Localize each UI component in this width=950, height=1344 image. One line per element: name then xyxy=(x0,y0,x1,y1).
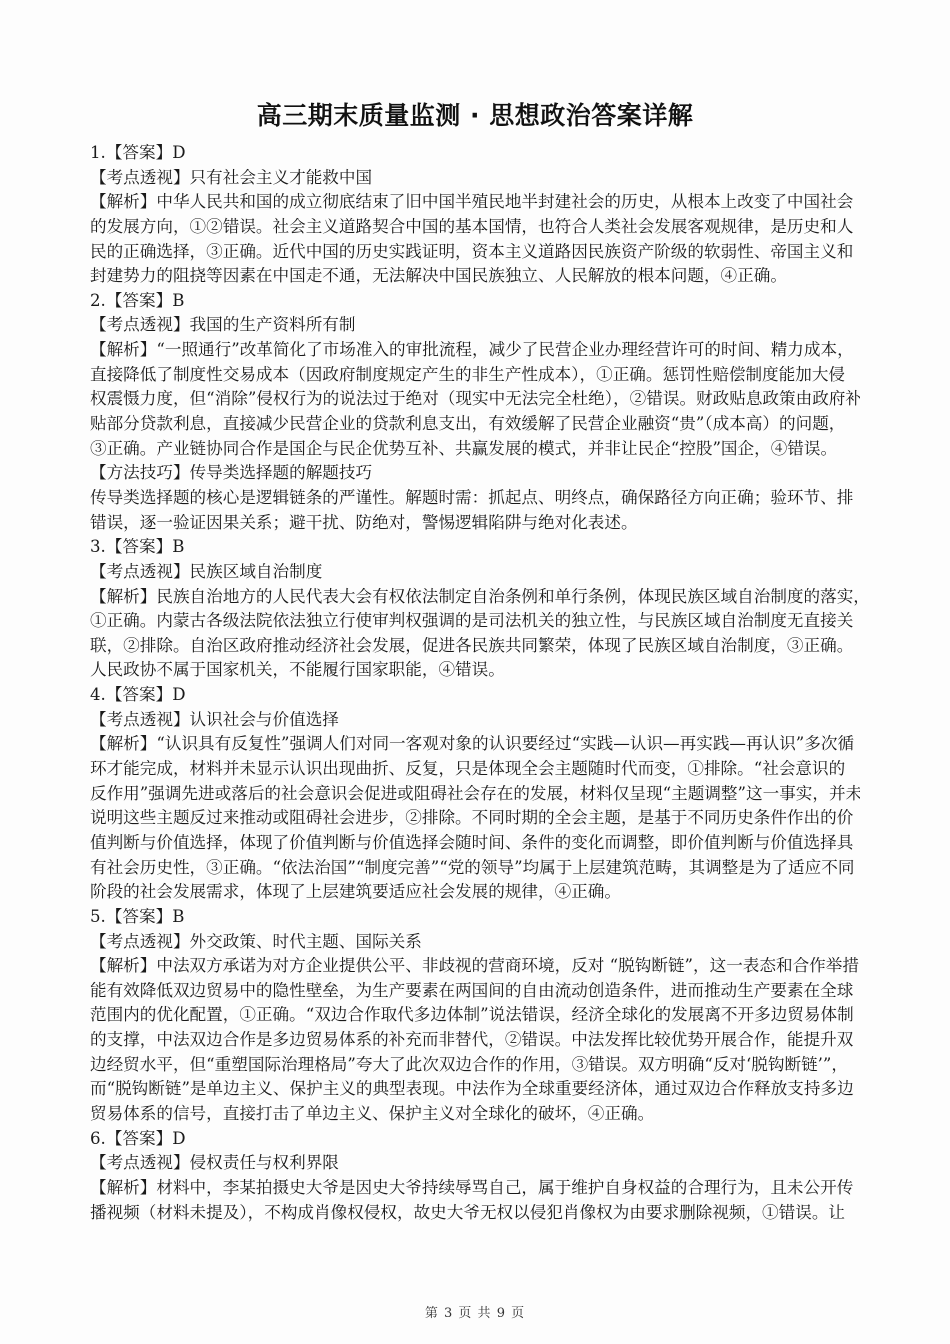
q4-analysis-line: 值判断与价值选择，体现了价值判断与价值选择会随时间、条件的变化而调整，即价值判断… xyxy=(90,831,860,856)
q1-analysis-line: 封建势力的阻挠等因素在中国走不通，无法解决中国民族独立、人民解放的根本问题，④正… xyxy=(90,264,860,289)
q5-analysis-line: 能有效降低双边贸易中的隐性壁垒，为生产要素在两国间的自由流动创造条件，进而推动生… xyxy=(90,979,860,1004)
q2-method-title: 【方法技巧】传导类选择题的解题技巧 xyxy=(90,461,860,486)
page-footer: 第 3 页 共 9 页 xyxy=(0,1302,950,1321)
q5-analysis-line: 边经贸水平，但“重塑国际治理格局”夸大了此次双边合作的作用，③错误。双方明确“反… xyxy=(90,1053,860,1078)
q6-analysis-line: 播视频（材料未提及），不构成肖像权侵权，故史大爷无权以侵犯肖像权为由要求删除视频… xyxy=(90,1201,860,1226)
q2-analysis-line: 贴部分贷款利息，直接减少民营企业的贷款利息支出，有效缓解了民营企业融资“贵”（成… xyxy=(90,412,860,437)
q6-analysis-line: 【解析】材料中，李某拍摄史大爷是因史大爷持续辱骂自己，属于维护自身权益的合理行为… xyxy=(90,1176,860,1201)
q5-analysis-line: 范围内的优化配置，①正确。“双边合作取代多边体制”说法错误，经济全球化的发展离不… xyxy=(90,1003,860,1028)
q2-method-line: 错误，逐一验证因果关系；避干扰、防绝对，警惕逻辑陷阱与绝对化表述。 xyxy=(90,511,860,536)
q2-analysis-line: 【解析】“一照通行”改革简化了市场准入的审批流程，减少了民营企业办理经营许可的时… xyxy=(90,338,860,363)
q3-topic: 【考点透视】民族区域自治制度 xyxy=(90,560,860,585)
q4-topic: 【考点透视】认识社会与价值选择 xyxy=(90,708,860,733)
q3-analysis-line: ①正确。内蒙古各级法院依法独立行使审判权强调的是司法机关的独立性，与民族区域自治… xyxy=(90,609,860,634)
q5-answer: 5.【答案】B xyxy=(90,905,860,930)
q2-analysis-line: 权震慑力度，但“消除”侵权行为的说法过于绝对（现实中无法完全杜绝），②错误。财政… xyxy=(90,387,860,412)
page-title: 高三期末质量监测 · 思想政治答案详解 xyxy=(0,96,950,132)
q3-answer: 3.【答案】B xyxy=(90,535,860,560)
q4-analysis-line: 环才能完成，材料并未显示认识出现曲折、反复，只是体现全会主题随时代而变，①排除。… xyxy=(90,757,860,782)
q3-analysis-line: 【解析】民族自治地方的人民代表大会有权依法制定自治条例和单行条例，体现民族区域自… xyxy=(90,585,860,610)
q2-topic: 【考点透视】我国的生产资料所有制 xyxy=(90,313,860,338)
document-page: 高三期末质量监测 · 思想政治答案详解 1.【答案】D 【考点透视】只有社会主义… xyxy=(0,0,950,1344)
q1-analysis-line: 【解析】中华人民共和国的成立彻底结束了旧中国半殖民地半封建社会的历史，从根本上改… xyxy=(90,190,860,215)
q5-analysis-line: 贸易体系的信号，直接打击了单边主义、保护主义对全球化的破坏，④正确。 xyxy=(90,1102,860,1127)
q4-analysis-line: 有社会历史性，③正确。“依法治国”“制度完善”“党的领导”均属于上层建筑范畴，其… xyxy=(90,856,860,881)
q2-analysis-line: 直接降低了制度性交易成本（因政府制度规定产生的非生产性成本），①正确。惩罚性赔偿… xyxy=(90,363,860,388)
q5-topic: 【考点透视】外交政策、时代主题、国际关系 xyxy=(90,930,860,955)
q1-analysis-line: 的发展方向，①②错误。社会主义道路契合中国的基本国情，也符合人类社会发展客观规律… xyxy=(90,215,860,240)
q1-topic: 【考点透视】只有社会主义才能救中国 xyxy=(90,166,860,191)
q3-analysis-line: 人民政协不属于国家机关，不能履行国家职能，④错误。 xyxy=(90,658,860,683)
q6-answer: 6.【答案】D xyxy=(90,1127,860,1152)
q1-answer: 1.【答案】D xyxy=(90,141,860,166)
answer-content: 1.【答案】D 【考点透视】只有社会主义才能救中国 【解析】中华人民共和国的成立… xyxy=(90,141,860,1225)
q4-analysis-line: 说明这些主题反过来推动或阻碍社会进步，②排除。不同时期的全会主题，是基于不同历史… xyxy=(90,806,860,831)
q3-analysis-line: 联，②排除。自治区政府推动经济社会发展，促进各民族共同繁荣，体现了民族区域自治制… xyxy=(90,634,860,659)
q6-topic: 【考点透视】侵权责任与权利界限 xyxy=(90,1151,860,1176)
q2-analysis-line: ③正确。产业链协同合作是国企与民企优势互补、共赢发展的模式，并非让民企“控股”国… xyxy=(90,437,860,462)
q5-analysis-line: 的支撑，中法双边合作是多边贸易体系的补充而非替代，②错误。中法发挥比较优势开展合… xyxy=(90,1028,860,1053)
q4-answer: 4.【答案】D xyxy=(90,683,860,708)
q4-analysis-line: 【解析】“认识具有反复性”强调人们对同一客观对象的认识要经过“实践—认识—再实践… xyxy=(90,732,860,757)
q2-answer: 2.【答案】B xyxy=(90,289,860,314)
q4-analysis-line: 阶段的社会发展需求，体现了上层建筑要适应社会发展的规律，④正确。 xyxy=(90,880,860,905)
q4-analysis-line: 反作用”强调先进或落后的社会意识会促进或阻碍社会存在的发展，材料仅呈现“主题调整… xyxy=(90,782,860,807)
q5-analysis-line: 而“脱钩断链”是单边主义、保护主义的典型表现。中法作为全球重要经济体，通过双边合… xyxy=(90,1077,860,1102)
q2-method-line: 传导类选择题的核心是逻辑链条的严谨性。解题时需：抓起点、明终点，确保路径方向正确… xyxy=(90,486,860,511)
q5-analysis-line: 【解析】中法双方承诺为对方企业提供公平、非歧视的营商环境，反对 “脱钩断链”，这… xyxy=(90,954,860,979)
q1-analysis-line: 民的正确选择，③正确。近代中国的历史实践证明，资本主义道路因民族资产阶级的软弱性… xyxy=(90,240,860,265)
